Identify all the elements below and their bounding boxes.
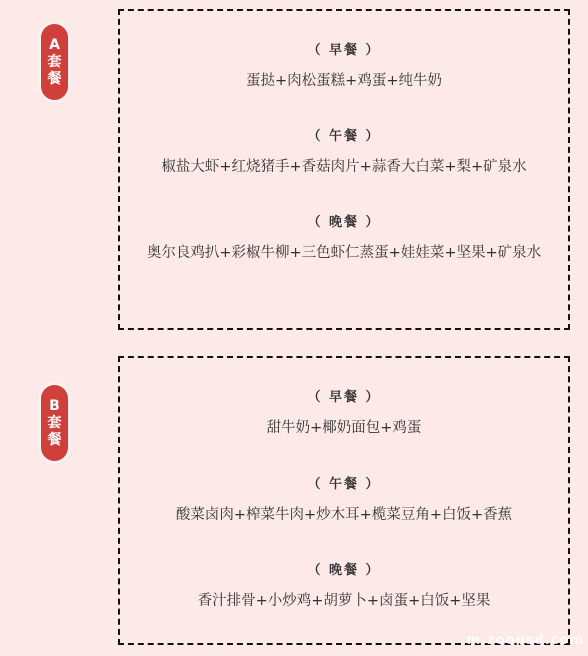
meal-title: （ 早餐 ） (120, 41, 568, 61)
dinner-section: （ 晚餐 ） 奥尔良鸡扒+彩椒牛柳+三色虾仁蒸蛋+娃娃菜+坚果+矿泉水 (120, 213, 568, 270)
plan-label-char: 餐 (48, 432, 62, 449)
plan-b-menu-box: （ 早餐 ） 甜牛奶+椰奶面包+鸡蛋 （ 午餐 ） 酸菜卤肉+榨菜牛肉+炒木耳+… (118, 356, 570, 645)
plan-letter: B (49, 398, 60, 415)
watermark: m.zoopsd.com (467, 633, 584, 648)
meal-title: （ 早餐 ） (120, 388, 568, 408)
meal-items: 蛋挞+肉松蛋糕+鸡蛋+纯牛奶 (120, 64, 568, 98)
lunch-section: （ 午餐 ） 椒盐大虾+红烧猪手+香菇肉片+蒜香大白菜+梨+矿泉水 (120, 127, 568, 184)
meal-items: 酸菜卤肉+榨菜牛肉+炒木耳+榄菜豆角+白饭+香蕉 (120, 498, 568, 532)
meal-title: （ 晚餐 ） (120, 561, 568, 581)
lunch-section: （ 午餐 ） 酸菜卤肉+榨菜牛肉+炒木耳+榄菜豆角+白饭+香蕉 (120, 475, 568, 532)
plan-label-char: 餐 (48, 71, 62, 88)
plan-label-char: 套 (48, 415, 62, 432)
meal-items: 椒盐大虾+红烧猪手+香菇肉片+蒜香大白菜+梨+矿泉水 (120, 150, 568, 184)
meal-items: 甜牛奶+椰奶面包+鸡蛋 (120, 411, 568, 445)
plan-label-char: 套 (48, 54, 62, 71)
breakfast-section: （ 早餐 ） 蛋挞+肉松蛋糕+鸡蛋+纯牛奶 (120, 41, 568, 98)
breakfast-section: （ 早餐 ） 甜牛奶+椰奶面包+鸡蛋 (120, 388, 568, 445)
meal-title: （ 晚餐 ） (120, 213, 568, 233)
meal-items: 奥尔良鸡扒+彩椒牛柳+三色虾仁蒸蛋+娃娃菜+坚果+矿泉水 (120, 236, 568, 270)
meal-title: （ 午餐 ） (120, 127, 568, 147)
plan-a-badge: A 套 餐 (41, 24, 68, 100)
plan-b-badge: B 套 餐 (41, 385, 68, 461)
dinner-section: （ 晚餐 ） 香汁排骨+小炒鸡+胡萝卜+卤蛋+白饭+坚果 (120, 561, 568, 618)
meal-title: （ 午餐 ） (120, 475, 568, 495)
meal-items: 香汁排骨+小炒鸡+胡萝卜+卤蛋+白饭+坚果 (120, 584, 568, 618)
plan-letter: A (49, 37, 60, 54)
plan-a-menu-box: （ 早餐 ） 蛋挞+肉松蛋糕+鸡蛋+纯牛奶 （ 午餐 ） 椒盐大虾+红烧猪手+香… (118, 9, 570, 330)
